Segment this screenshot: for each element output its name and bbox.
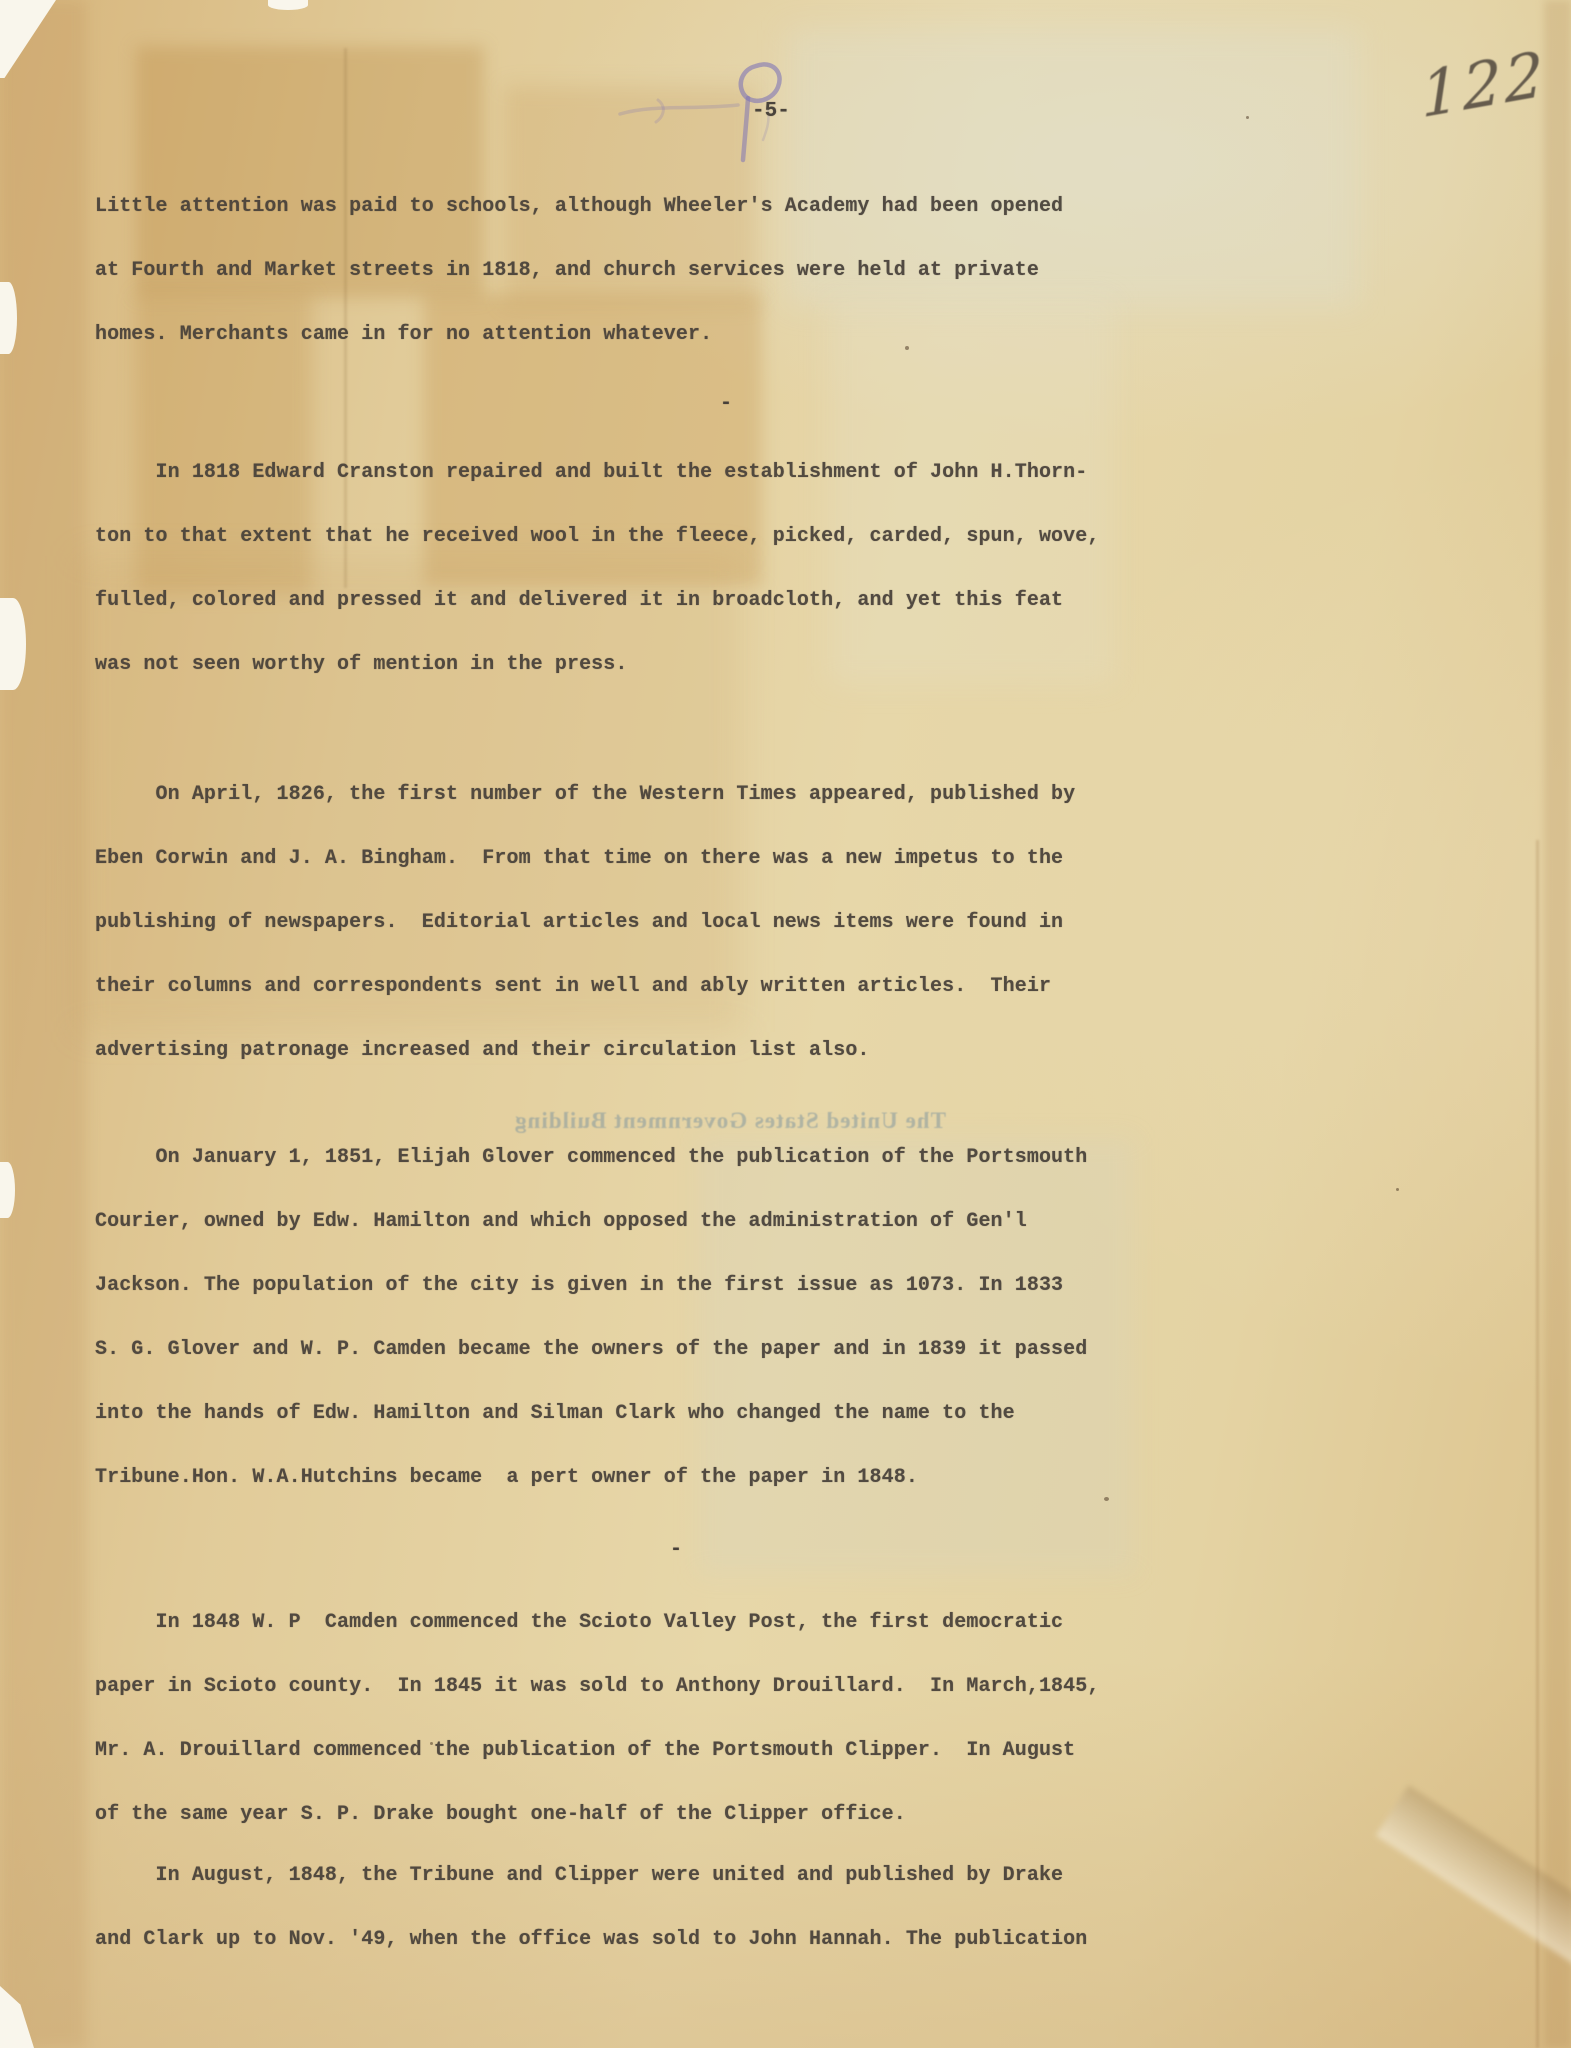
page-number: -5- (752, 100, 790, 123)
section-separator-dash: - (720, 392, 732, 415)
tear-top-edge (268, 0, 308, 10)
bottom-right-crease (1376, 1785, 1571, 1999)
right-edge-shading (1544, 0, 1571, 2048)
text-line: was not seen worthy of mention in the pr… (95, 633, 1195, 697)
text-line: Courier, owned by Edw. Hamilton and whic… (95, 1190, 1195, 1254)
text-line: and Clark up to Nov. '49, when the offic… (95, 1908, 1195, 1972)
left-edge-shading (0, 0, 86, 2048)
right-crease-line (1536, 840, 1539, 2048)
ink-speck (1246, 116, 1249, 119)
text-line: On January 1, 1851, Elijah Glover commen… (95, 1126, 1195, 1190)
text-line: Tribune.Hon. W.A.Hutchins became a pert … (95, 1446, 1195, 1510)
text-line: ton to that extent that he received wool… (95, 505, 1195, 569)
text-line: of the same year S. P. Drake bought one-… (95, 1783, 1195, 1847)
text-line: Eben Corwin and J. A. Bingham. From that… (95, 827, 1195, 891)
text-line: Jackson. The population of the city is g… (95, 1254, 1195, 1318)
section-separator-dash: - (670, 1538, 682, 1561)
paragraph-scioto-valley-post: In 1848 W. P Camden commenced the Scioto… (95, 1591, 1195, 1847)
text-line: at Fourth and Market streets in 1818, an… (95, 239, 1195, 303)
paragraph-tribune-clipper: In August, 1848, the Tribune and Clipper… (95, 1844, 1195, 1972)
paragraph-cranston: In 1818 Edward Cranston repaired and bui… (95, 441, 1195, 697)
text-line: publishing of newspapers. Editorial arti… (95, 891, 1195, 955)
tear-left-edge-2 (0, 598, 26, 690)
text-line: into the hands of Edw. Hamilton and Silm… (95, 1382, 1195, 1446)
text-line: In August, 1848, the Tribune and Clipper… (95, 1844, 1195, 1908)
paragraph-courier: On January 1, 1851, Elijah Glover commen… (95, 1126, 1195, 1510)
tear-bottom-left-corner (0, 1986, 34, 2048)
ink-speck (1396, 1188, 1399, 1191)
text-line: In 1848 W. P Camden commenced the Scioto… (95, 1591, 1195, 1655)
tear-left-edge-1 (0, 282, 17, 354)
text-line: Little attention was paid to schools, al… (95, 175, 1195, 239)
text-line: On April, 1826, the first number of the … (95, 763, 1195, 827)
paragraph-western-times: On April, 1826, the first number of the … (95, 763, 1195, 1083)
text-line: paper in Scioto county. In 1845 it was s… (95, 1655, 1195, 1719)
text-line: advertising patronage increased and thei… (95, 1019, 1195, 1083)
tear-top-left-corner (0, 0, 56, 78)
scanned-typewritten-page: -5- 122 The United States Government Bui… (0, 0, 1571, 2048)
text-line: In 1818 Edward Cranston repaired and bui… (95, 441, 1195, 505)
text-line: their columns and correspondents sent in… (95, 955, 1195, 1019)
text-line: homes. Merchants came in for no attentio… (95, 303, 1195, 367)
tear-left-edge-3 (0, 1162, 15, 1218)
paragraph-schools: Little attention was paid to schools, al… (95, 175, 1195, 367)
text-line: S. G. Glover and W. P. Camden became the… (95, 1318, 1195, 1382)
text-line: Mr. A. Drouillard commenced the publicat… (95, 1719, 1195, 1783)
handwritten-folio-number: 122 (1420, 37, 1548, 133)
text-line: fulled, colored and pressed it and deliv… (95, 569, 1195, 633)
